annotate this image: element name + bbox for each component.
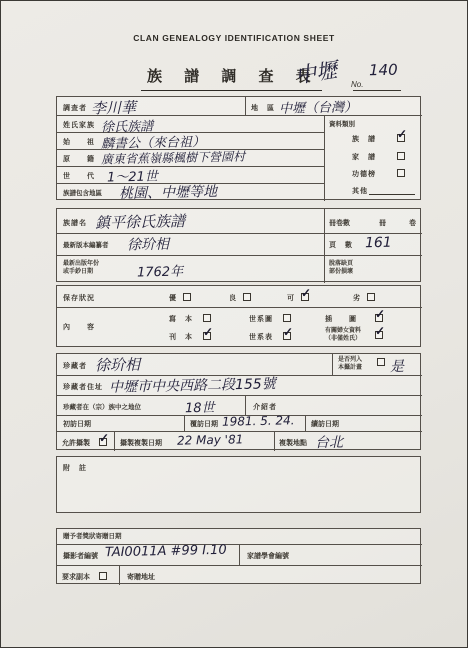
admin-table: 贈予者獎狀寄贈日期 攝影者編號 TAI0011A #99 I.10 家譜學會編號… <box>56 528 421 584</box>
lineage-table-checkbox <box>283 332 291 340</box>
regions-label: 族譜包含地區 <box>63 188 102 197</box>
listed-value: 是 <box>390 356 404 376</box>
condition-good-checkbox <box>243 293 251 301</box>
volumes-unit-juan: 卷 <box>409 218 417 228</box>
volumes-unit-ce: 冊 <box>379 218 387 228</box>
pub-date-label-line1: 最新出版年份 <box>63 261 99 268</box>
illustrations-label: 插 圖 <box>325 314 357 324</box>
divider <box>114 431 115 451</box>
condition-poor-label: 劣 <box>353 293 361 303</box>
condition-label: 保存狀況 <box>63 293 95 303</box>
divider <box>57 307 422 308</box>
next-visit-label: 續訪日期 <box>311 419 339 429</box>
contents-label: 內 容 <box>63 322 95 332</box>
copy-place-label: 複製地點 <box>279 438 307 448</box>
photographer-no-label: 攝影者編號 <box>63 551 98 561</box>
notes-box: 附 註 <box>56 456 421 513</box>
no-underline <box>353 90 401 91</box>
divider <box>332 354 333 375</box>
keeper-value: 徐玠相 <box>95 354 140 376</box>
pub-date-value: 1762年 <box>137 261 183 281</box>
divider <box>245 97 246 115</box>
condition-fair-label: 可 <box>287 293 295 303</box>
divider <box>57 255 422 256</box>
keeper-label: 珍藏者 <box>63 361 87 371</box>
divider <box>324 209 325 283</box>
women-info-label-line1: 有關婦女資料 <box>325 328 361 335</box>
other-material-underline <box>369 194 415 195</box>
society-no-label: 家譜學會編號 <box>247 551 289 561</box>
pages-value: 161 <box>365 235 392 252</box>
surveyor-label: 調查者 <box>63 103 87 113</box>
lineage-table-label: 世系表 <box>249 332 273 342</box>
printed-checkbox <box>203 332 211 340</box>
sheet-title: CLAN GENEALOGY IDENTIFICATION SHEET <box>1 33 467 43</box>
surname-label: 姓氏家族 <box>63 120 95 130</box>
listed-label-line2: 本攝計畫 <box>338 365 362 372</box>
damage-label-line1: 脫落缺頁 <box>329 261 353 268</box>
printed-label: 刊 本 <box>169 332 193 342</box>
generations-label: 世 代 <box>63 171 95 181</box>
divider <box>57 166 324 167</box>
keeper-address-value: 中壢市中央西路二段155號 <box>109 373 276 396</box>
family-genealogy-checkbox <box>397 152 405 160</box>
genealogy-title-value: 鎮平徐氏族譜 <box>95 210 185 233</box>
keeper-position-value: 18世 <box>185 397 215 417</box>
donor-certificate-label: 贈予者獎狀寄贈日期 <box>63 533 122 540</box>
compiler-label: 最新版本編纂者 <box>63 240 109 249</box>
origin-label: 原 籍 <box>63 154 95 164</box>
compiler-value: 徐玠相 <box>127 234 169 255</box>
condition-fair-checkbox <box>301 293 309 301</box>
no-label: No. <box>351 80 363 89</box>
divider <box>239 544 240 565</box>
area-stamp-handwriting: 中壢 <box>293 54 339 90</box>
condition-poor-checkbox <box>367 293 375 301</box>
keeper-table: 珍藏者 徐玠相 是否列入 本攝計畫 是 珍藏者住址 中壢市中央西路二段155號 … <box>56 353 421 450</box>
volume-info-table: 族譜名 鎮平徐氏族譜 最新版本編纂者 徐玠相 最新出版年份 或手鈔日期 1762… <box>56 208 421 282</box>
women-info-label-line2: （非僅姓氏） <box>325 336 361 343</box>
request-copy-label: 要求副本 <box>62 572 90 582</box>
permission-checkbox <box>99 438 107 446</box>
women-info-checkbox <box>375 331 383 339</box>
volumes-label: 冊卷數 <box>329 218 350 228</box>
first-ancestor-label: 始 祖 <box>63 137 95 147</box>
material-type-label: 資料類別 <box>329 119 355 128</box>
merit-board-checkbox <box>397 169 405 177</box>
family-genealogy-option-label: 家 譜 <box>352 152 376 162</box>
condition-good-label: 良 <box>229 293 237 303</box>
origin-value: 廣東省蕉嶺縣楓樹下營園村 <box>101 147 245 167</box>
area-label: 地 區 <box>251 103 275 113</box>
divider <box>184 415 185 431</box>
copy-place-value: 台北 <box>315 432 343 453</box>
condition-excellent-checkbox <box>183 293 191 301</box>
mail-address-label: 寄贈地址 <box>127 572 155 582</box>
divider <box>305 415 306 431</box>
request-copy-checkbox <box>99 572 107 580</box>
keeper-position-label: 珍藏者在（宗）族中之地位 <box>63 402 141 411</box>
area-value: 中壢（台灣） <box>279 96 357 117</box>
revisit-value: 1981. 5. 24. <box>222 413 295 429</box>
condition-table: 保存狀況 優 良 可 劣 內 容 寫 本 刊 本 世系圖 世系表 插 圖 有關婦… <box>56 285 421 347</box>
divider <box>57 565 422 566</box>
first-visit-label: 初訪日期 <box>63 419 91 429</box>
lineage-chart-label: 世系圖 <box>249 314 273 324</box>
lineage-chart-checkbox <box>283 314 291 322</box>
keeper-address-label: 珍藏者住址 <box>63 382 103 392</box>
pub-date-label-line2: 或手鈔日期 <box>63 269 93 276</box>
other-material-label: 其他 <box>352 186 368 196</box>
notes-label: 附 註 <box>63 463 87 473</box>
listed-label-line1: 是否列入 <box>338 357 362 364</box>
divider <box>274 431 275 451</box>
scanned-genealogy-form: CLAN GENEALOGY IDENTIFICATION SHEET 族 譜 … <box>0 0 468 648</box>
divider <box>119 565 120 585</box>
genealogy-title-label: 族譜名 <box>63 218 87 228</box>
condition-excellent-label: 優 <box>169 293 177 303</box>
revisit-label: 覆訪日期 <box>190 419 218 429</box>
damage-label-line2: 部份損壞 <box>329 269 353 276</box>
copy-date-label: 攝製複製日期 <box>120 438 162 448</box>
clan-genealogy-option-label: 族 譜 <box>352 134 376 144</box>
divider <box>245 395 246 415</box>
photographer-no-value: TAI0011A #99 I.10 <box>105 543 227 561</box>
manuscript-label: 寫 本 <box>169 314 193 324</box>
copy-date-value: 22 May '81 <box>177 432 244 447</box>
basic-info-table: 調查者 李川華 地 區 中壢（台灣） 姓氏家族 徐氏族譜 始 祖 麟書公（來台祖… <box>56 96 421 200</box>
introducer-label: 介紹者 <box>253 402 277 412</box>
divider <box>324 115 325 201</box>
listed-checkbox <box>377 358 385 366</box>
regions-value: 桃園、中壢等地 <box>119 181 217 203</box>
divider <box>57 233 422 234</box>
illustrations-checkbox <box>375 314 383 322</box>
permission-label: 允許攝製 <box>62 438 90 448</box>
pages-label: 頁 數 <box>329 240 353 250</box>
no-value-handwriting: 140 <box>369 61 398 80</box>
clan-genealogy-checkbox <box>397 134 405 142</box>
merit-board-option-label: 功德榜 <box>352 169 376 179</box>
manuscript-checkbox <box>203 314 211 322</box>
